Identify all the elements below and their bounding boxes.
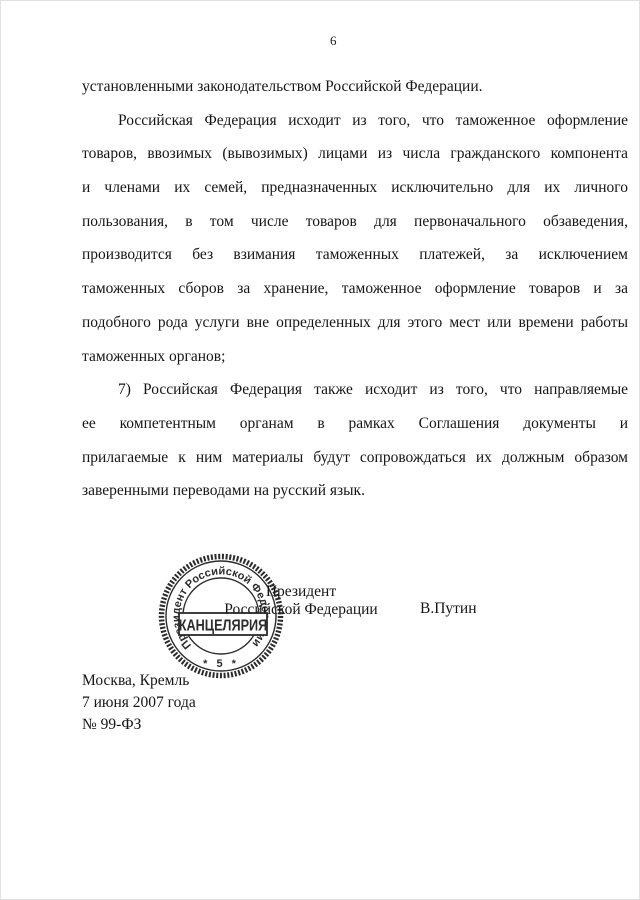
document-page: 6 установленными законодательством Росси… [0, 0, 640, 900]
body-line: производится без взимания таможенных пла… [82, 238, 628, 272]
body-line: товаров, ввозимых (вывозимых) лицами из … [82, 137, 628, 171]
body-text: установленными законодательством Российс… [82, 70, 628, 508]
stamp-center-text: КАНЦЕЛЯРИЯ [179, 617, 268, 634]
body-line: подобного рода услуги вне определенных д… [82, 306, 628, 340]
body-line: таможенных органов; [82, 340, 628, 374]
stamp-bottom-text: * 5 * [203, 658, 239, 670]
chancellery-stamp-icon: Президент Российской Федерации * 5 * КАН… [146, 541, 296, 691]
footer-law-number: № 99-ФЗ [82, 714, 196, 736]
body-line: ее компетентным органам в рамках Соглаше… [82, 407, 628, 441]
body-line: заверенными переводами на русский язык. [82, 474, 628, 508]
signature-name: В.Путин [420, 600, 477, 618]
body-line: Российская Федерация исходит из того, чт… [82, 104, 628, 138]
footer-date: 7 июня 2007 года [82, 692, 196, 714]
body-line: прилагаемые к ним материалы будут сопров… [82, 441, 628, 475]
body-line: пользования, в том числе товаров для пер… [82, 205, 628, 239]
body-line: 7) Российская Федерация также исходит из… [82, 373, 628, 407]
body-line: и членами их семей, предназначенных искл… [82, 171, 628, 205]
body-line: установленными законодательством Российс… [82, 70, 628, 104]
body-line: таможенных сборов за хранение, таможенно… [82, 272, 628, 306]
page-number: 6 [330, 33, 337, 49]
